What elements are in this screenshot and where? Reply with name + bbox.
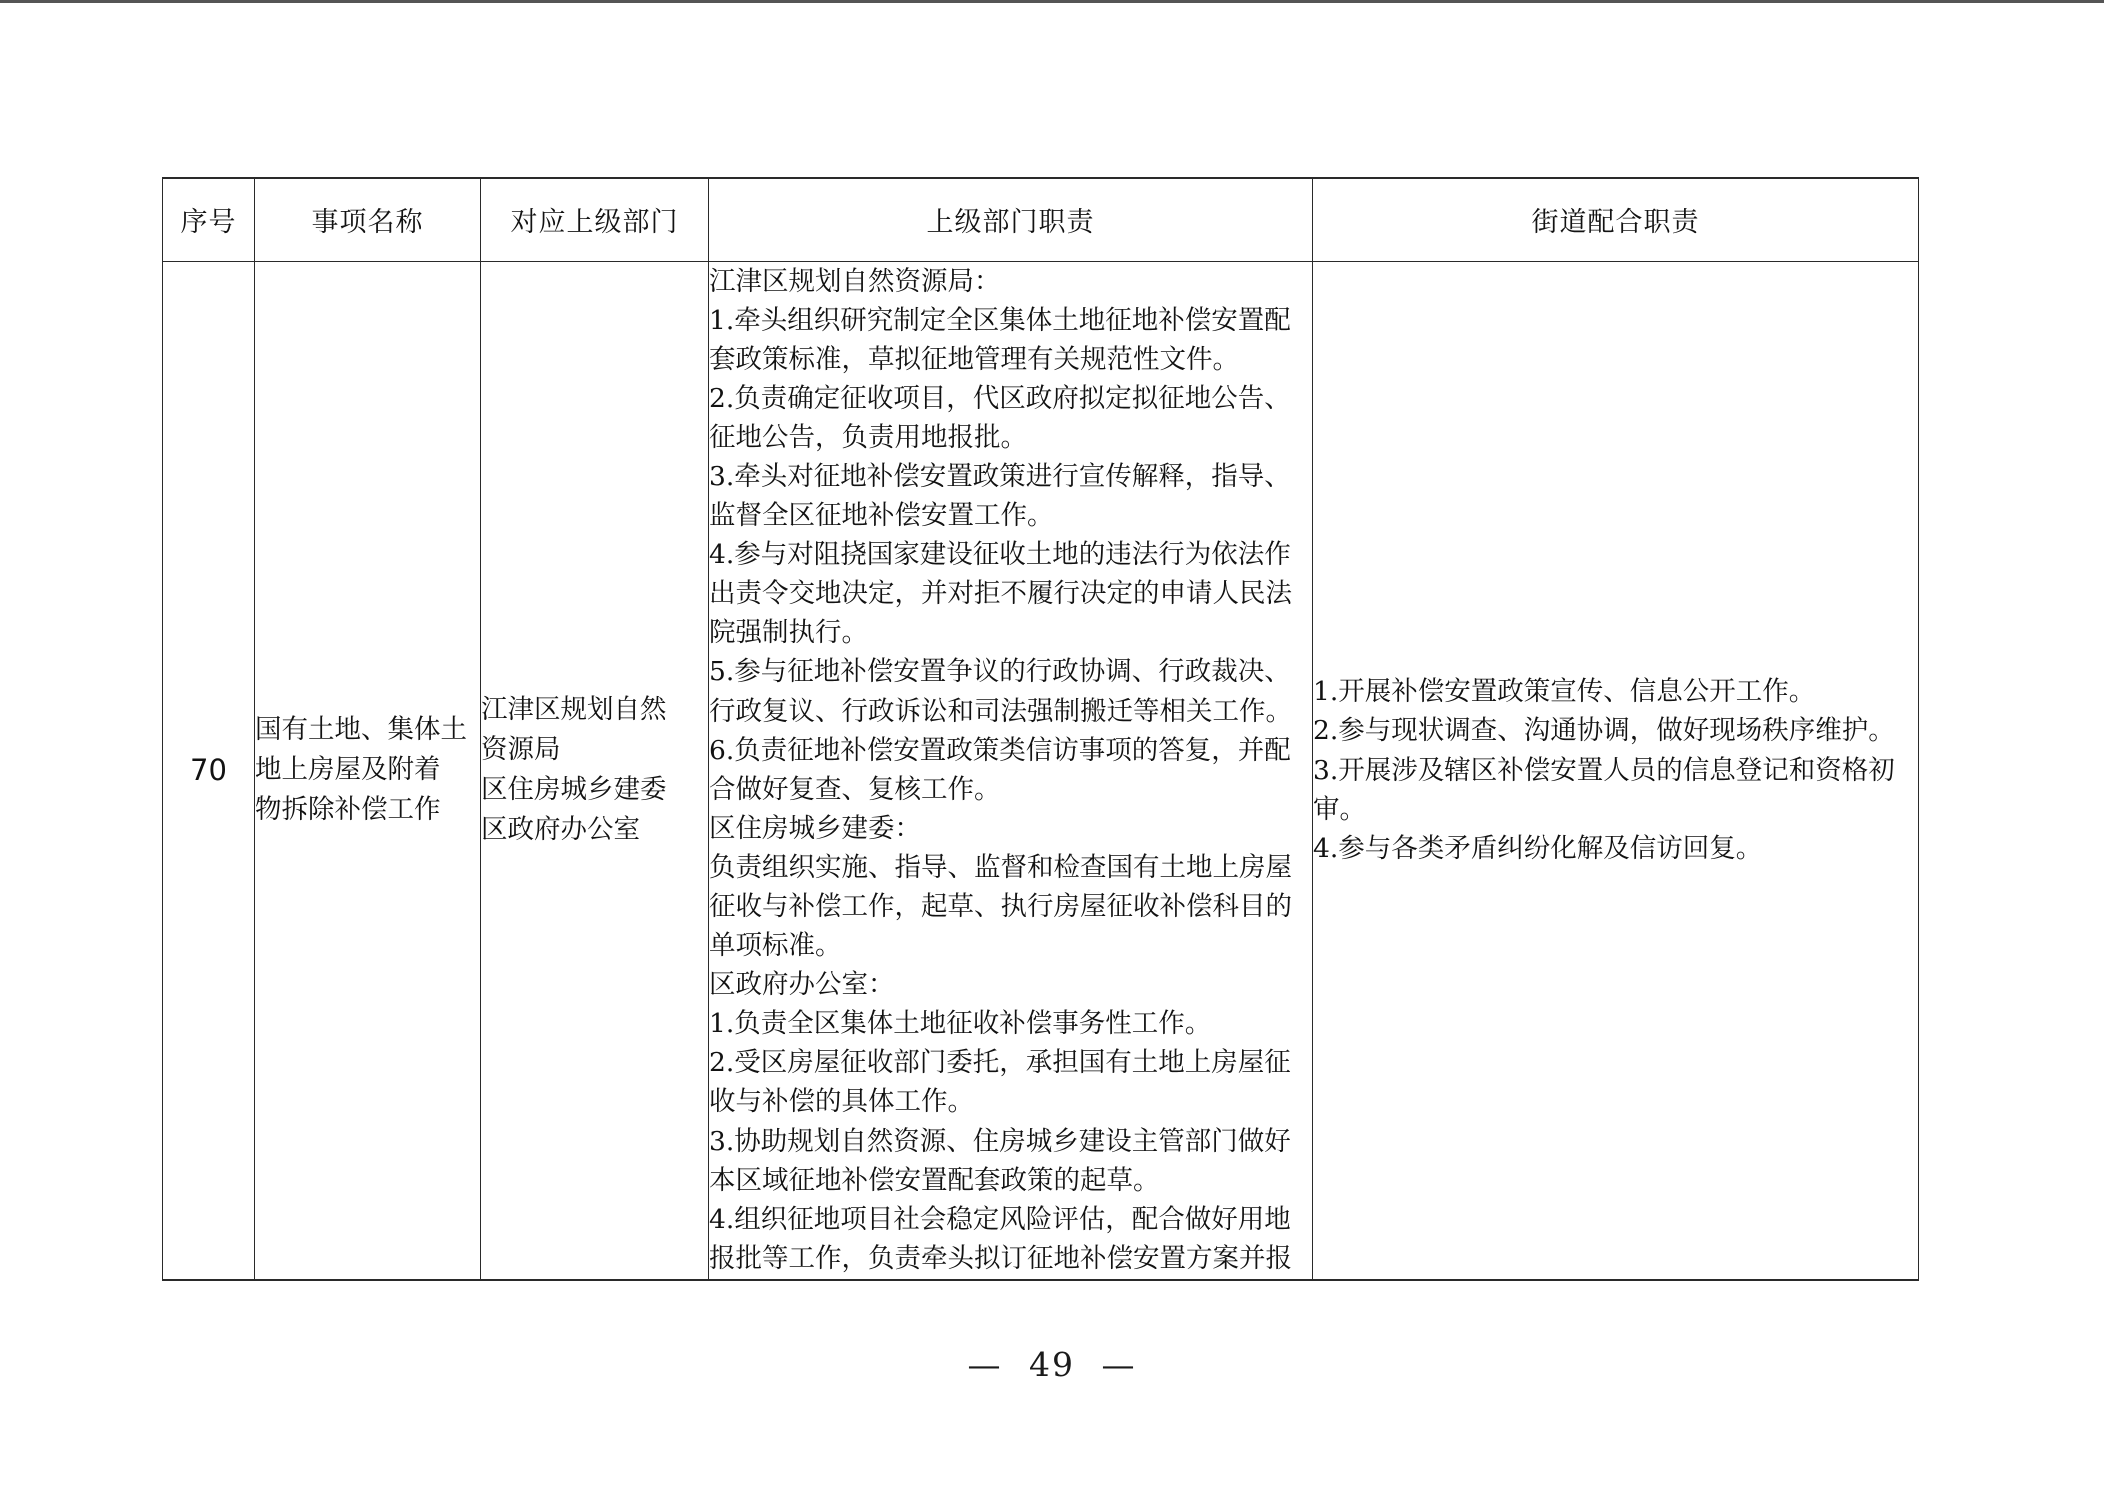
table-row: 70 国有土地、集体土 地上房屋及附着 物拆除补偿工作 江津区规划自然 资源局 … bbox=[163, 261, 1919, 1280]
cell-street-duties: 1.开展补偿安置政策宣传、信息公开工作。 2.参与现状调查、沟通协调，做好现场秩… bbox=[1313, 261, 1919, 1280]
document-page: 序号 事项名称 对应上级部门 上级部门职责 街道配合职责 70 国有土地、集体土… bbox=[0, 0, 2104, 1488]
table-header-row: 序号 事项名称 对应上级部门 上级部门职责 街道配合职责 bbox=[163, 178, 1919, 261]
page-number: — 49 — bbox=[0, 1345, 2104, 1384]
header-superior-department: 对应上级部门 bbox=[481, 178, 709, 261]
duties-table: 序号 事项名称 对应上级部门 上级部门职责 街道配合职责 70 国有土地、集体土… bbox=[162, 177, 1919, 1281]
cell-seq-number: 70 bbox=[163, 261, 255, 1280]
header-street-duties: 街道配合职责 bbox=[1313, 178, 1919, 261]
cell-item-name: 国有土地、集体土 地上房屋及附着 物拆除补偿工作 bbox=[255, 261, 481, 1280]
header-item-name: 事项名称 bbox=[255, 178, 481, 261]
cell-superior-duties: 江津区规划自然资源局： 1.牵头组织研究制定全区集体土地征地补偿安置配 套政策标… bbox=[709, 261, 1313, 1280]
header-seq: 序号 bbox=[163, 178, 255, 261]
header-superior-duties: 上级部门职责 bbox=[709, 178, 1313, 261]
page-top-border bbox=[0, 0, 2104, 3]
cell-superior-departments: 江津区规划自然 资源局 区住房城乡建委 区政府办公室 bbox=[481, 261, 709, 1280]
